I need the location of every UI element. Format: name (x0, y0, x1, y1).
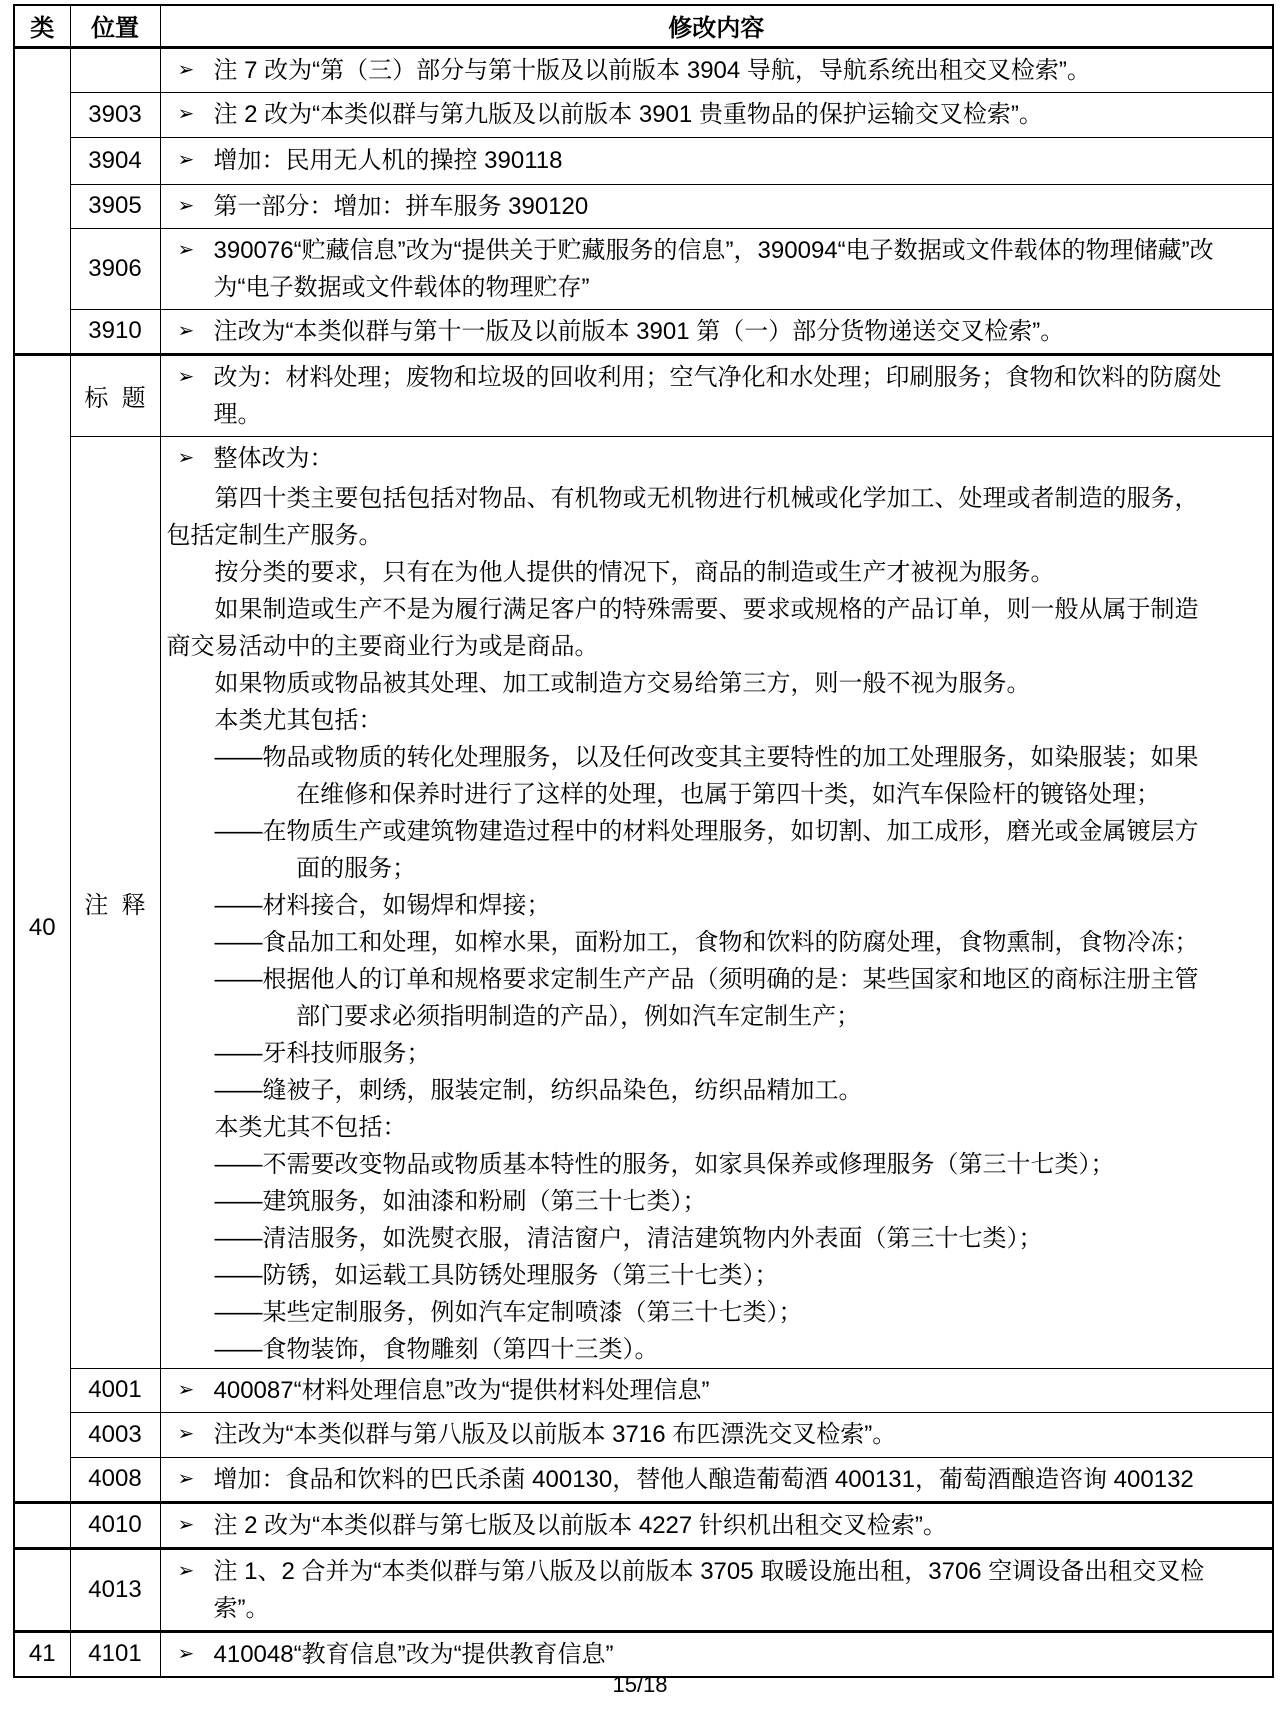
position-cell: 4003 (70, 1412, 160, 1457)
note-paragraph: 如果物质或物品被其处理、加工或制造方交易给第三方，则一般不视为服务。 (167, 665, 1273, 702)
header-content: 修改内容 (160, 5, 1273, 47)
class-cell (14, 1502, 70, 1548)
note-paragraph: ——根据他人的订单和规格要求定制生产产品（须明确的是：某些国家和地区的商标注册主… (167, 961, 1273, 1035)
table-row: 4010 ➢注 2 改为“本类似群与第七版及以前版本 4227 针织机出租交叉检… (14, 1502, 1273, 1548)
content-cell: ➢改为：材料处理；废物和垃圾的回收利用；空气净化和水处理；印刷服务；食物和饮料的… (160, 354, 1273, 436)
position-cell: 4010 (70, 1502, 160, 1548)
arrow-bullet-icon: ➢ (167, 1416, 214, 1453)
content-text: 注改为“本类似群与第十一版及以前版本 3901 第（一）部分货物递送交叉检索”。 (214, 313, 1233, 350)
table-row: 4001 ➢400087“材料处理信息”改为“提供材料处理信息” (14, 1368, 1273, 1412)
content-cell: ➢410048“教育信息”改为“提供教育信息” (160, 1631, 1273, 1677)
table-row: 3905 ➢第一部分：增加：拼车服务 390120 (14, 184, 1273, 228)
class-cell (14, 47, 70, 354)
content-text: 410048“教育信息”改为“提供教育信息” (214, 1636, 1233, 1673)
content-text: 改为：材料处理；废物和垃圾的回收利用；空气净化和水处理；印刷服务；食物和饮料的防… (214, 359, 1233, 433)
content-cell: ➢注 7 改为“第（三）部分与第十版及以前版本 3904 导航，导航系统出租交叉… (160, 47, 1273, 92)
position-cell: 3906 (70, 228, 160, 309)
revision-table: 类 位置 修改内容 ➢注 7 改为“第（三）部分与第十版及以前版本 3904 导… (13, 4, 1274, 1678)
arrow-bullet-icon: ➢ (167, 52, 214, 89)
content-cell: ➢注 2 改为“本类似群与第七版及以前版本 4227 针织机出租交叉检索”。 (160, 1502, 1273, 1548)
arrow-bullet-icon: ➢ (167, 440, 214, 477)
content-cell: ➢注改为“本类似群与第十一版及以前版本 3901 第（一）部分货物递送交叉检索”… (160, 309, 1273, 354)
content-text: 增加：民用无人机的操控 390118 (214, 142, 1233, 179)
table-row: 3910 ➢注改为“本类似群与第十一版及以前版本 3901 第（一）部分货物递送… (14, 309, 1273, 354)
content-text: 注 7 改为“第（三）部分与第十版及以前版本 3904 导航，导航系统出租交叉检… (214, 52, 1233, 89)
arrow-bullet-icon: ➢ (167, 96, 214, 133)
note-paragraph: ——某些定制服务，例如汽车定制喷漆（第三十七类）； (167, 1294, 1273, 1331)
note-paragraph: 本类尤其包括： (167, 702, 1273, 739)
position-cell: 3903 (70, 92, 160, 137)
table-row: 3903 ➢注 2 改为“本类似群与第九版及以前版本 3901 贵重物品的保护运… (14, 92, 1273, 137)
class-40-notes: ➢整体改为： 第四十类主要包括包括对物品、有机物或无机物进行机械或化学加工、处理… (161, 437, 1273, 1368)
content-cell: ➢注改为“本类似群与第八版及以前版本 3716 布匹漂洗交叉检索”。 (160, 1412, 1273, 1457)
note-paragraph: ——防锈，如运载工具防锈处理服务（第三十七类）； (167, 1257, 1273, 1294)
position-cell: 3904 (70, 137, 160, 184)
table-row: 3904 ➢增加：民用无人机的操控 390118 (14, 137, 1273, 184)
note-paragraph: ——不需要改变物品或物质基本特性的服务，如家具保养或修理服务（第三十七类）； (167, 1146, 1273, 1183)
content-text: 增加：食品和饮料的巴氏杀菌 400130，替他人酿造葡萄酒 400131，葡萄酒… (214, 1461, 1233, 1498)
content-cell: ➢增加：食品和饮料的巴氏杀菌 400130，替他人酿造葡萄酒 400131，葡萄… (160, 1457, 1273, 1502)
content-cell: ➢400087“材料处理信息”改为“提供材料处理信息” (160, 1368, 1273, 1412)
table-row: ➢注 7 改为“第（三）部分与第十版及以前版本 3904 导航，导航系统出租交叉… (14, 47, 1273, 92)
class-cell-41: 41 (14, 1631, 70, 1677)
note-paragraph: ——建筑服务，如油漆和粉刷（第三十七类）； (167, 1183, 1273, 1220)
position-label: 标题 (71, 385, 159, 412)
arrow-bullet-icon: ➢ (167, 232, 214, 269)
table-row: 41 4101 ➢410048“教育信息”改为“提供教育信息” (14, 1631, 1273, 1677)
note-paragraph: ——清洁服务，如洗熨衣服，清洁窗户，清洁建筑物内外表面（第三十七类）； (167, 1220, 1273, 1257)
position-cell: 4008 (70, 1457, 160, 1502)
position-label: 注释 (71, 892, 159, 919)
note-paragraph: 本类尤其不包括： (167, 1109, 1273, 1146)
arrow-bullet-icon: ➢ (167, 1636, 214, 1673)
table-row: 4003 ➢注改为“本类似群与第八版及以前版本 3716 布匹漂洗交叉检索”。 (14, 1412, 1273, 1457)
content-text: 第一部分：增加：拼车服务 390120 (214, 188, 1233, 225)
note-paragraph: 第四十类主要包括包括对物品、有机物或无机物进行机械或化学加工、处理或者制造的服务… (167, 480, 1273, 554)
position-cell: 3910 (70, 309, 160, 354)
table-row-notes: 注释 ➢整体改为： 第四十类主要包括包括对物品、有机物或无机物进行机械或化学加工… (14, 436, 1273, 1368)
table-row: 4008 ➢增加：食品和饮料的巴氏杀菌 400130，替他人酿造葡萄酒 4001… (14, 1457, 1273, 1502)
note-paragraph: ——食品加工和处理，如榨水果，面粉加工，食物和饮料的防腐处理，食物熏制，食物冷冻… (167, 924, 1273, 961)
position-cell (70, 47, 160, 92)
position-cell: 标题 (70, 354, 160, 436)
position-cell: 注释 (70, 436, 160, 1368)
arrow-bullet-icon: ➢ (167, 1461, 214, 1498)
content-text: 注 1、2 合并为“本类似群与第八版及以前版本 3705 取暖设施出租，3706… (214, 1553, 1233, 1627)
position-cell: 4101 (70, 1631, 160, 1677)
arrow-bullet-icon: ➢ (167, 1553, 214, 1590)
content-cell: ➢390076“贮藏信息”改为“提供关于贮藏服务的信息”，390094“电子数据… (160, 228, 1273, 309)
arrow-bullet-icon: ➢ (167, 1507, 214, 1544)
note-paragraph: ——牙科技师服务； (167, 1035, 1273, 1072)
note-paragraph: 按分类的要求，只有在为他人提供的情况下，商品的制造或生产才被视为服务。 (167, 554, 1273, 591)
arrow-bullet-icon: ➢ (167, 188, 214, 225)
note-paragraph: ——物品或物质的转化处理服务，以及任何改变其主要特性的加工处理服务，如染服装；如… (167, 739, 1273, 813)
class-cell (14, 1548, 70, 1631)
note-paragraph: ——缝被子，刺绣，服装定制，纺织品染色，纺织品精加工。 (167, 1072, 1273, 1109)
table-row: 40 标题 ➢改为：材料处理；废物和垃圾的回收利用；空气净化和水处理；印刷服务；… (14, 354, 1273, 436)
content-cell: ➢增加：民用无人机的操控 390118 (160, 137, 1273, 184)
arrow-bullet-icon: ➢ (167, 359, 214, 396)
notes-head: 整体改为： (214, 440, 1233, 477)
arrow-bullet-icon: ➢ (167, 142, 214, 179)
position-cell: 4001 (70, 1368, 160, 1412)
note-paragraph: ——在物质生产或建筑物建造过程中的材料处理服务，如切割、加工成形，磨光或金属镀层… (167, 813, 1273, 887)
content-text: 注 2 改为“本类似群与第九版及以前版本 3901 贵重物品的保护运输交叉检索”… (214, 96, 1233, 133)
class-cell-40: 40 (14, 354, 70, 1502)
header-position: 位置 (70, 5, 160, 47)
note-paragraph: ——材料接合，如锡焊和焊接； (167, 887, 1273, 924)
header-row: 类 位置 修改内容 (14, 5, 1273, 47)
content-cell: ➢注 1、2 合并为“本类似群与第八版及以前版本 3705 取暖设施出租，370… (160, 1548, 1273, 1631)
position-cell: 4013 (70, 1548, 160, 1631)
content-text: 390076“贮藏信息”改为“提供关于贮藏服务的信息”，390094“电子数据或… (214, 232, 1233, 306)
page-number: 15/18 (0, 1672, 1280, 1698)
table-row: 3906 ➢390076“贮藏信息”改为“提供关于贮藏服务的信息”，390094… (14, 228, 1273, 309)
position-cell: 3905 (70, 184, 160, 228)
arrow-bullet-icon: ➢ (167, 313, 214, 350)
content-text: 400087“材料处理信息”改为“提供材料处理信息” (214, 1372, 1233, 1409)
content-text: 注改为“本类似群与第八版及以前版本 3716 布匹漂洗交叉检索”。 (214, 1416, 1233, 1453)
table-row: 4013 ➢注 1、2 合并为“本类似群与第八版及以前版本 3705 取暖设施出… (14, 1548, 1273, 1631)
content-cell-notes: ➢整体改为： 第四十类主要包括包括对物品、有机物或无机物进行机械或化学加工、处理… (160, 436, 1273, 1368)
note-paragraph: ——食物装饰，食物雕刻（第四十三类）。 (167, 1331, 1273, 1368)
note-paragraph: 如果制造或生产不是为履行满足客户的特殊需要、要求或规格的产品订单，则一般从属于制… (167, 591, 1273, 665)
content-cell: ➢注 2 改为“本类似群与第九版及以前版本 3901 贵重物品的保护运输交叉检索… (160, 92, 1273, 137)
content-text: 注 2 改为“本类似群与第七版及以前版本 4227 针织机出租交叉检索”。 (214, 1507, 1233, 1544)
content-cell: ➢第一部分：增加：拼车服务 390120 (160, 184, 1273, 228)
header-class: 类 (14, 5, 70, 47)
arrow-bullet-icon: ➢ (167, 1372, 214, 1409)
